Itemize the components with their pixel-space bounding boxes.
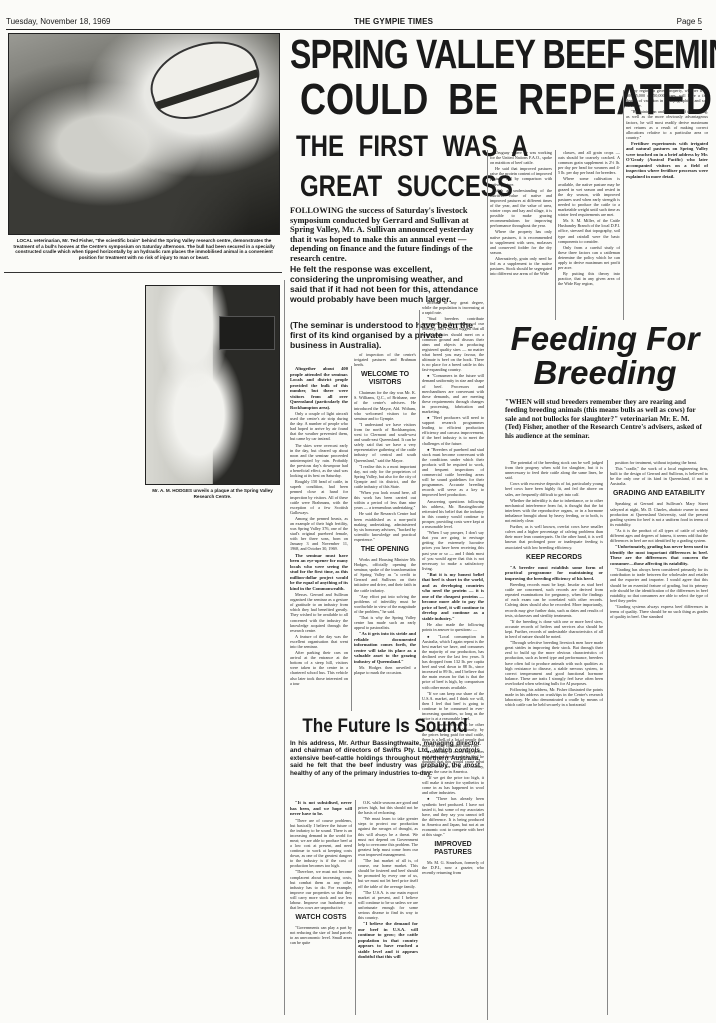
paragraph: ● "Beef producers will need to support r… [422,415,484,446]
hatband [156,69,259,109]
paragraph: "By gaining an understanding of the limi… [626,109,708,140]
paragraph: Mr. Hodges then unveiled a plaque to mar… [354,665,416,675]
article-column: increase to any great degree, while the … [422,300,484,1020]
photo-caption: LOCAL veterinarian, Mr. Ted Fisher, "the… [8,238,280,260]
paragraph: classes, and all grain crops — oats shou… [558,150,620,175]
paragraph: Speaking at Gerrard and Sullivan's Mary … [610,501,708,526]
article-lede-2: He felt the response was excellent, cons… [290,264,480,304]
paragraph: A feature of the day was the excellent o… [290,634,348,649]
paragraph: increase to any great degree, while the … [422,300,484,315]
paragraph: With an understanding of the nutritive v… [490,188,552,229]
paragraph: Whether the infertility is due to inheri… [505,498,603,523]
paragraph: "Through selective breeding livestock me… [505,640,603,686]
paragraph: Where the property has only native pastu… [490,229,552,254]
paragraph: "I believe the demand for our beef in U.… [358,921,418,960]
paragraph: Cows with excessive deposits of fat, par… [505,481,603,496]
paragraph: "But it is my honest belief that beef is… [422,572,484,622]
paragraph: After parking their cars on arrival at t… [290,650,348,686]
paragraph: "A breeder must establish some form of p… [505,565,603,582]
article-lede: FOLLOWING the success of Saturday's live… [290,206,480,264]
paragraph: Chairman for the day was Mr. K. S. Willi… [354,390,416,421]
page-number: Page 5 [677,17,702,26]
column-subheading: KEEP RECORDS [505,554,603,562]
divider [4,272,282,273]
plaque-shape [219,316,275,350]
paragraph: ● "Local consumption in Australia, which… [422,634,484,690]
feeding-lede: "WHEN will stud breeders remember they a… [505,398,705,440]
paragraph: The potential of the breeding stock can … [505,460,603,480]
column-divider [555,150,556,320]
paragraph: Fertiliser experiments with irrigated an… [626,141,708,180]
article-column: Altogether about 400 people attended the… [290,366,348,711]
paragraph: Altogether about 400 people attended the… [290,366,348,410]
paragraph: "Stud breeders contribute immensely to t… [422,316,484,372]
article-column: of inspection of the centre's irrigated … [354,352,416,712]
paragraph: This "cradle," the work of a local engin… [610,466,708,486]
paragraph: He said that improved pastures raise the… [490,166,552,186]
paragraph: Breeding records must be kept. Insofar a… [505,582,603,618]
article-column: O.K. while seasons are good and prices h… [358,800,418,1015]
paragraph: Mr. M. G. Sinarlson, formerly of the D.P… [422,860,484,875]
article-column: position for treatment, without injuring… [610,460,708,1015]
paragraph: "That is why the Spring Valley centre ha… [354,615,416,630]
section-lede: In his address, Mr. Arthur Bassingthwait… [290,740,480,777]
article-column: Bay region, a given property, whether it… [626,88,708,318]
paragraph: He said the Research Centre had been est… [354,511,416,542]
paragraph: "Any effort put into solving the problem… [354,594,416,614]
paragraph: Alternatively, grain only need be fed as… [490,256,552,276]
paragraph: of inspection of the centre's irrigated … [354,352,416,367]
paragraph: Messrs. Gerrard and Sullivan organised t… [290,592,348,633]
photo-plaque-unveiling [145,285,280,485]
paragraph: Bay region, a given property, whether it… [626,88,708,108]
column-divider [355,800,356,1015]
photo-caption: Mr. A. M. HODGES unveils a plaque at the… [145,488,280,499]
paragraph: "If we get the price too high, it will m… [422,775,484,795]
paragraph: The seminar must have been an eye-opener… [290,553,348,592]
paragraph: "When I say prosper, I don't say that yo… [422,530,484,571]
article-column: Uruguay where he was working for the Uni… [490,150,552,320]
paragraph: O.K. while seasons are good and prices h… [358,800,418,815]
paragraph: "There are of course problems, but basic… [290,818,352,869]
issue-date: Tuesday, November 18, 1969 [6,17,111,26]
article-column: The potential of the breeding stock can … [505,460,603,1015]
paragraph: Works and Housing Minister Mr. Hodges, o… [354,557,416,593]
paragraph: Mr. S. M. Miller, of the Cattle Husbandr… [558,218,620,243]
column-subheading: WELCOME TO VISITORS [354,371,416,387]
paragraph: Where some cultivation is available, the… [558,176,620,217]
paragraph: "The last market of all is, of course, o… [358,858,418,889]
paragraph: Following his address, Mr. Fisher illust… [505,687,603,707]
article-column: classes, and all grain crops — oats shou… [558,150,620,320]
column-subheading: IMPROVED PASTURES [422,841,484,857]
subheadline-line2: GREAT SUCCESS [300,170,513,204]
paragraph: He also made the following points in ans… [422,622,484,632]
paragraph: "The U.S.A. is our main export market at… [358,890,418,921]
column-divider [623,90,624,320]
headline-line1: SPRING VALLEY BEEF SEMINAR [290,32,616,76]
paragraph: "I understand we have visitors from far … [354,422,416,463]
paragraph: ● "There has already been synthetic beef… [422,796,484,837]
feeding-heading-line1: Feeding For [505,322,705,356]
section-heading: The Future Is Sound [300,716,471,738]
paragraph: "As it gets into its stride and reliable… [354,631,416,664]
paragraph: Answering questions following his addres… [422,499,484,530]
paragraph: "Governments can play a part by not redu… [290,925,352,945]
paragraph: By putting this theory into practice, th… [558,271,620,286]
newspaper-name: THE GYMPIE TIMES [354,17,433,26]
paragraph: ● "Breeders of purebred and stud stock m… [422,447,484,498]
column-subheading: WATCH COSTS [290,914,352,922]
paragraph: position for treatment, without injuring… [610,460,708,465]
paragraph: "Grading systems always express beef dif… [610,604,708,619]
column-divider [284,280,285,1015]
paragraph: "Therefore, we must not become complacen… [290,869,352,910]
paragraph: "If the breeding is done with one or mor… [505,619,603,639]
paragraph: "We must learn to take greater steps to … [358,816,418,857]
column-subheading: GRADING AND EATABILITY [610,490,708,498]
masthead: Tuesday, November 18, 1969 THE GYMPIE TI… [6,8,702,30]
column-divider [487,150,488,1020]
paragraph: Among the penned beasts, as an example o… [290,516,348,552]
paragraph: Only from a careful study of these three… [558,245,620,270]
paragraph: Uruguay where he was working for the Uni… [490,150,552,165]
column-divider [351,366,352,711]
paragraph: The skies were overcast early in the day… [290,443,348,479]
article-column: "It is not subsidised, never has been, a… [290,800,352,1015]
paragraph: "It is not subsidised, never has been, a… [290,800,352,817]
feeding-heading: Feeding For Breeding [505,322,705,390]
paragraph: Only a couple of light aircraft used the… [290,411,348,442]
paragraph: "As it is the product of all types of ca… [610,528,708,543]
column-divider [607,460,608,1015]
feeding-heading-line2: Breeding [505,356,705,390]
column-divider [419,310,420,710]
hat-shape [141,29,267,130]
paragraph: "I realise this is a most important day,… [354,464,416,489]
photo-veterinarian-bull-hoof [8,33,280,235]
paragraph: Roughly 150 head of cattle, in superb co… [290,479,348,515]
paragraph: ● "Consumers in the future will demand u… [422,373,484,414]
paragraph: "Grading has always been considered prim… [610,567,708,603]
paragraph: Further, as is well known, overfat cows … [505,524,603,549]
paragraph: "When you look round here, all this work… [354,490,416,510]
paragraph: "Unfortunately, grading has never been u… [610,544,708,566]
column-subheading: THE OPENING [354,546,416,554]
